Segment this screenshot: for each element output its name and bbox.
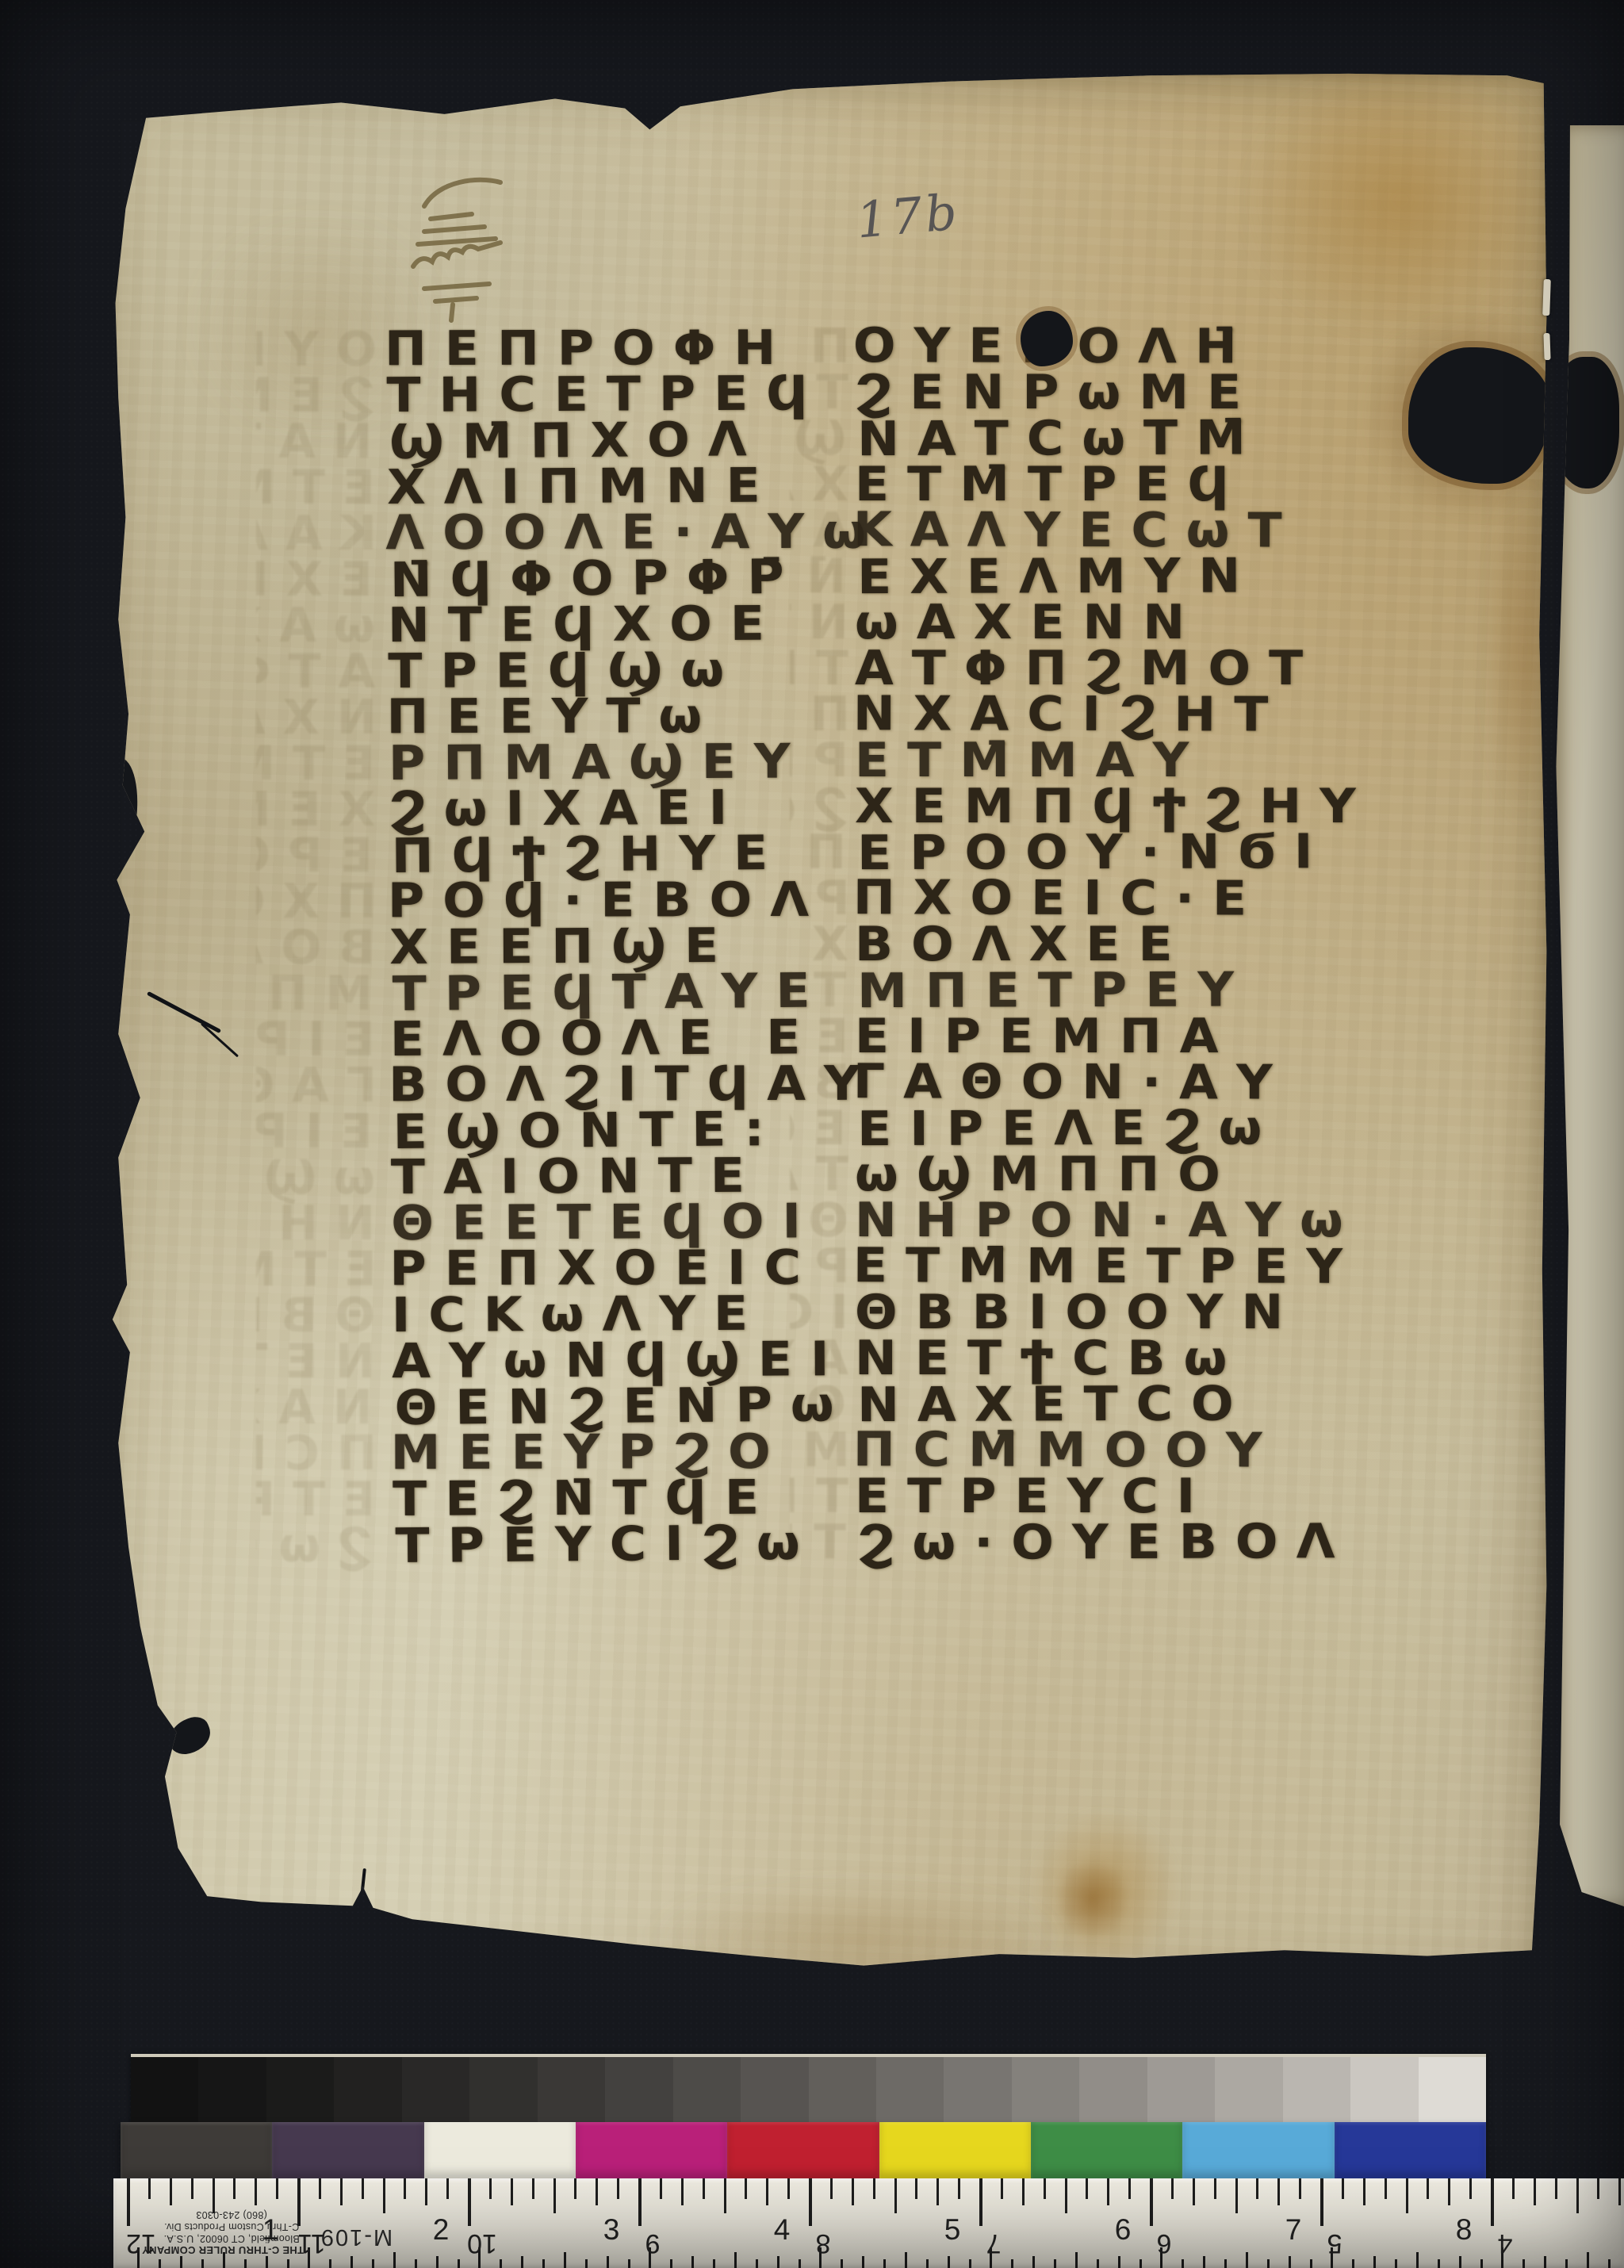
ruler-tick xyxy=(1214,2178,1216,2199)
text-line: Ν̄ϤΦΟΡΦΡ̄ xyxy=(390,554,889,603)
ruler-brand-line: (860) 243-0303 xyxy=(159,2209,304,2220)
text-line: ΛΟΟΛΕ·ΑΥω xyxy=(385,509,884,557)
ghost-line: ΠCΜ̄ΜΟΟΥ xyxy=(258,1431,375,1477)
ruler-tick xyxy=(266,2256,268,2268)
ruler-inch-number: 3 xyxy=(603,2213,620,2247)
ghost-line: ΟΥΕΒΟΛΗ̄ xyxy=(258,327,375,373)
ghost-line: ΒΟΛΧΕΕ xyxy=(256,925,375,971)
ruler-tick xyxy=(1587,2252,1589,2268)
text-line: ΝΕΤϮCΒω xyxy=(855,1335,1374,1381)
ruler-tick xyxy=(617,2178,619,2199)
ruler-tick xyxy=(1107,2178,1109,2205)
ruler-tick xyxy=(1373,2256,1376,2268)
ruler-tick xyxy=(1459,2256,1461,2268)
ruler-inch-number-inverted: 12 xyxy=(126,2228,156,2258)
ruler-inch-number-inverted: 10 xyxy=(467,2228,497,2258)
tear-crack xyxy=(147,991,221,1033)
text-line: ΠΕΠΡΟΦΗ xyxy=(385,325,883,373)
ruler-tick xyxy=(1182,2259,1184,2268)
facing-leaf-edge xyxy=(1551,125,1624,1906)
ruler-tick xyxy=(564,2252,566,2268)
ruler-tick xyxy=(958,2178,960,2199)
ruler-tick xyxy=(425,2178,427,2205)
text-line: ΑΤΦΠϨΜΟΤ xyxy=(855,646,1374,692)
ruler-tick xyxy=(1193,2178,1195,2205)
ruler-tick xyxy=(703,2178,705,2199)
ruler-tick xyxy=(340,2178,343,2205)
ghost-line: ΚΑΛΥΕCωΤ xyxy=(258,511,375,557)
stain xyxy=(649,1882,1061,1993)
ruler-tick xyxy=(297,2178,301,2226)
text-line: ΝΗΡΟΝ·ΑΥω xyxy=(855,1197,1374,1243)
text-line: ΠΧΟΕΙC·Ε xyxy=(853,875,1373,922)
color-patch-cyan xyxy=(1182,2122,1334,2178)
ruler-tick xyxy=(1395,2259,1397,2268)
ruler-tick xyxy=(936,2178,939,2205)
grayscale-calibration-bar xyxy=(131,2054,1486,2125)
ruler-tick xyxy=(1075,2252,1078,2268)
ruler-tick xyxy=(255,2178,257,2205)
ruler-tick xyxy=(1608,2259,1611,2268)
ghost-line: ΕΙΡΕΜΠΑ xyxy=(256,1017,375,1063)
grayscale-step xyxy=(1147,2057,1215,2125)
ruler-tick xyxy=(1097,2259,1099,2268)
ruler-tick xyxy=(1555,2178,1557,2199)
text-line: ϨΕΝΡωΜΕ xyxy=(855,370,1374,416)
text-column-left: ΠΕΠΡΟΦΗΤΗCΕΤΡΕϤϢΜ̄ΠΧΟΛΧΛΙΠΜΝΕΛΟΟΛΕ·ΑΥωΝ̄… xyxy=(386,324,891,1569)
ruler-tick xyxy=(628,2259,630,2268)
grayscale-step xyxy=(1350,2057,1418,2125)
ruler-tick xyxy=(1011,2259,1013,2268)
ghost-line: ωϢΜΠΠΟ xyxy=(256,1155,375,1201)
text-line: ΕΙΡΕΛΕϨω xyxy=(857,1105,1377,1152)
large-hole xyxy=(1408,347,1551,484)
ruler-tick xyxy=(1203,2256,1205,2268)
ruler-inch-number-inverted: 8 xyxy=(816,2228,831,2258)
ruler-tick xyxy=(1150,2178,1153,2226)
grayscale-step xyxy=(1215,2057,1282,2125)
ruler-tick xyxy=(1032,2256,1035,2268)
verso-show-through: ΟΥΕΒΟΛΗ̄ϨΕΝΡωΜΕΝΑΤCωΤΜ̄ΕΤΜ̄ΤΡΕϤΚΑΛΥΕCωΤΕ… xyxy=(256,327,375,1572)
ruler-inch-number-inverted: 11 xyxy=(297,2228,325,2258)
ruler: THE C-THRU RULER COMPANYBloomfield, CT 0… xyxy=(113,2178,1624,2268)
ruler-tick xyxy=(1416,2252,1419,2268)
ruler-tick xyxy=(766,2178,768,2205)
ruler-tick xyxy=(915,2178,917,2199)
ghost-line: ΝΑΧΕΤCΟ xyxy=(256,1385,373,1431)
ruler-tick xyxy=(1277,2178,1280,2205)
ruler-tick xyxy=(511,2178,513,2205)
ruler-inch-number: 4 xyxy=(774,2213,791,2247)
ruler-tick xyxy=(830,2178,833,2199)
ruler-tick xyxy=(1235,2178,1238,2213)
text-line: ΕΤΡΕΥCΙ xyxy=(855,1473,1374,1519)
ruler-tick xyxy=(691,2256,694,2268)
ruler-tick xyxy=(1522,2259,1525,2268)
ghost-line: ΑΤΦΠϨΜΟΤ xyxy=(256,649,375,695)
ruler-tick xyxy=(1597,2178,1599,2199)
ghost-line: ΝΧΑCΙϨΗΤ xyxy=(258,695,375,741)
ruler-tick xyxy=(724,2178,726,2213)
ghost-line: ΜΠΕΤΡΕΥ xyxy=(256,971,373,1017)
text-line: ΡΕΠΧΟΕΙC xyxy=(389,1245,888,1293)
color-patch-red xyxy=(727,2122,879,2178)
ghost-line: ΠΧΟΕΙC·Ε xyxy=(258,879,375,925)
text-line: ΘΒΒΙΟΟΥΝ xyxy=(855,1289,1374,1335)
ruler-tick xyxy=(1320,2178,1323,2226)
text-line: ΜΕΕΥΡϨΟ xyxy=(391,1429,890,1477)
ruler-inch-number-inverted: 9 xyxy=(645,2228,661,2258)
ruler-tick xyxy=(244,2259,247,2268)
text-line: ΕΤΜ̄ΤΡΕϤ xyxy=(855,462,1374,508)
grayscale-step xyxy=(1012,2057,1079,2125)
ruler-tick xyxy=(223,2252,225,2268)
folio-number-annotation: 17b xyxy=(854,182,962,249)
grayscale-step xyxy=(402,2057,469,2125)
ruler-tick xyxy=(500,2259,502,2268)
ruler-tick xyxy=(201,2259,204,2268)
ghost-line: ϨΕΝΡωΜΕ xyxy=(256,373,375,419)
ruler-tick xyxy=(404,2178,406,2199)
ruler-brand-line: Bloomfield, CT 06002, U.S.A. xyxy=(159,2232,304,2244)
text-line: ΠΕΕΥΤω xyxy=(387,693,886,741)
ghost-line: ΧΕΜΠϤϮϨΗΥ xyxy=(256,787,375,833)
text-line: ΝΑΧΕΤCΟ xyxy=(857,1381,1377,1428)
grayscale-step xyxy=(1419,2057,1486,2125)
ruler-tick xyxy=(777,2256,779,2268)
ruler-tick xyxy=(894,2178,897,2213)
edge-tear xyxy=(78,753,146,883)
ruler-tick xyxy=(1246,2252,1248,2268)
grayscale-step xyxy=(605,2057,672,2125)
ruler-tick xyxy=(191,2178,193,2199)
ruler-tick xyxy=(1310,2259,1312,2268)
ruler-tick xyxy=(1224,2259,1227,2268)
ruler-tick xyxy=(969,2259,971,2268)
ruler-tick xyxy=(926,2259,929,2268)
ruler-tick xyxy=(468,2178,471,2226)
ruler-tick xyxy=(415,2259,417,2268)
grayscale-step xyxy=(538,2057,605,2125)
ruler-tick xyxy=(1544,2256,1546,2268)
ruler-inch-number: 2 xyxy=(433,2213,450,2247)
grayscale-step xyxy=(334,2057,401,2125)
text-line: ΝΧΑCΙϨΗΤ xyxy=(853,691,1373,738)
ruler-inch-number: 6 xyxy=(1115,2213,1132,2247)
ruler-tick xyxy=(883,2259,886,2268)
text-line: ΕΡΟΟΥ·ΝϬΙ xyxy=(857,829,1377,876)
ruler-inch-number: 7 xyxy=(1285,2213,1302,2247)
text-line: ΧΕΜΠϤϮϨΗΥ xyxy=(855,783,1374,829)
text-line: ωϢΜΠΠΟ xyxy=(855,1151,1374,1197)
large-hole xyxy=(1549,357,1619,488)
ruler-tick xyxy=(596,2178,598,2205)
ruler-tick xyxy=(458,2259,460,2268)
color-patch-magenta xyxy=(576,2122,727,2178)
ruler-tick xyxy=(521,2256,523,2268)
ruler-tick xyxy=(233,2178,236,2199)
ruler-inch-number: 1 xyxy=(262,2213,279,2247)
tear-crack xyxy=(201,1023,239,1058)
ruler-brand-line: THE C-THRU RULER COMPANY xyxy=(159,2244,304,2256)
grayscale-step xyxy=(1283,2057,1350,2125)
ruler-inch-number: 5 xyxy=(944,2213,961,2247)
ruler-tick xyxy=(276,2178,278,2199)
ruler-tick xyxy=(1342,2178,1344,2199)
ruler-tick xyxy=(1406,2178,1408,2213)
ruler-tick xyxy=(787,2178,790,2199)
ghost-line: ΕΙΡΕΛΕϨω xyxy=(256,1109,373,1155)
color-patch-green xyxy=(1031,2122,1182,2178)
ruler-tick xyxy=(127,2178,130,2226)
ruler-inch-number-inverted: 4 xyxy=(1498,2228,1513,2258)
color-patch-purple xyxy=(272,2122,423,2178)
text-line: ΒΟΛΧΕΕ xyxy=(855,921,1374,967)
ruler-tick xyxy=(393,2252,396,2268)
ruler-inch-number-inverted: 7 xyxy=(986,2228,1002,2258)
ghost-line: ΕΤΜ̄ΜΕΤΡΕΥ xyxy=(258,1247,375,1293)
ruler-tick xyxy=(799,2259,801,2268)
tear-crack xyxy=(360,1868,366,1897)
grayscale-step xyxy=(131,2057,198,2125)
ruler-tick xyxy=(1299,2178,1301,2199)
ruler-tick xyxy=(436,2256,439,2268)
ghost-line: ωΑΧΕΝΝ xyxy=(256,603,375,649)
color-patch-white xyxy=(424,2122,576,2178)
ruler-tick xyxy=(1267,2259,1270,2268)
ruler-tick xyxy=(1128,2178,1131,2199)
ruler-tick xyxy=(489,2178,492,2199)
ruler-tick xyxy=(1385,2178,1387,2199)
text-line: ΡΟϤ·ΕΒΟΛ xyxy=(388,877,887,925)
ruler-tick xyxy=(532,2178,534,2199)
ruler-tick xyxy=(905,2252,907,2268)
ruler-tick xyxy=(1171,2178,1174,2199)
text-line: ΕΤΜ̄ΜΑΥ xyxy=(855,737,1374,783)
color-calibration-bar xyxy=(121,2122,1486,2178)
grayscale-step xyxy=(469,2057,537,2125)
ruler-tick xyxy=(745,2178,747,2199)
ruler-tick xyxy=(1480,2259,1483,2268)
ruler-tick xyxy=(1618,2178,1621,2205)
ruler-inch-number-inverted: 5 xyxy=(1327,2228,1342,2258)
ruler-tick xyxy=(670,2259,672,2268)
ruler-tick xyxy=(170,2178,172,2205)
ruler-tick xyxy=(542,2259,545,2268)
ruler-tick xyxy=(287,2259,289,2268)
ghost-line: ΝΗΡΟΝ·ΑΥω xyxy=(256,1201,375,1247)
text-line: ΝΑΤCωΤΜ̄ xyxy=(857,415,1377,462)
ruler-tick xyxy=(362,2178,364,2199)
ruler-tick xyxy=(1565,2259,1568,2268)
ruler-tick xyxy=(350,2256,353,2268)
ruler-inch-number: 8 xyxy=(1456,2213,1473,2247)
ruler-tick xyxy=(383,2178,385,2213)
ruler-tick xyxy=(159,2259,161,2268)
ruler-brand-line: C-Thru Custom Products Div. xyxy=(159,2220,304,2232)
ruler-tick xyxy=(1044,2178,1046,2199)
ruler-tick xyxy=(574,2178,576,2199)
ruler-tick xyxy=(660,2178,662,2199)
ruler-tick xyxy=(1289,2256,1291,2268)
ruler-tick xyxy=(1022,2178,1025,2205)
ruler-tick xyxy=(1427,2178,1429,2199)
grayscale-step xyxy=(876,2057,944,2125)
text-line: ΕΧΕΛΜΥΝ xyxy=(857,553,1377,600)
text-line: ΓΑΘΟΝ·ΑΥ xyxy=(853,1059,1373,1106)
ruler-tick xyxy=(809,2178,812,2226)
color-patch-charcoal xyxy=(121,2122,272,2178)
ruler-tick xyxy=(1001,2178,1003,2199)
ruler-tick xyxy=(1256,2178,1258,2199)
text-line: ΤΗCΕΤΡΕϤ xyxy=(386,370,885,419)
ghost-line: ΕΡΟΟΥ·ΝϬΙ xyxy=(256,833,373,879)
ruler-tick xyxy=(553,2178,556,2213)
ruler-tick xyxy=(180,2256,182,2268)
ruler-tick xyxy=(713,2259,715,2268)
ruler-tick xyxy=(1534,2178,1536,2205)
grayscale-step xyxy=(198,2057,266,2125)
text-line: ΕϢΟΝΤΕ: xyxy=(393,1105,891,1155)
text-line: Ϩω·ΟΥΕΒΟΛ xyxy=(857,1519,1377,1566)
text-line: ϢΜ̄ΠΧΟΛ xyxy=(389,416,888,465)
edge-tear xyxy=(163,1712,216,1759)
ghost-line: ΕΤΜ̄ΜΑΥ xyxy=(256,741,375,787)
ruler-tick xyxy=(213,2178,215,2213)
ruler-tick xyxy=(852,2178,854,2205)
ruler-tick xyxy=(446,2178,449,2199)
ruler-tick xyxy=(638,2178,642,2226)
text-line: ΤΡΕϤΤΑΥΕ xyxy=(393,967,891,1017)
ghost-line: ΕΤΜ̄ΤΡΕϤ xyxy=(256,465,375,511)
text-line: ΜΠΕΤΡΕΥ xyxy=(857,967,1377,1014)
stain xyxy=(1485,482,1561,823)
ruler-tick xyxy=(681,2178,684,2205)
ruler-tick xyxy=(148,2178,151,2199)
text-line: ΕΙΡΕΜΠΑ xyxy=(855,1013,1374,1059)
ruler-tick xyxy=(607,2256,609,2268)
stain xyxy=(1243,62,1561,339)
binding-stitch xyxy=(1542,279,1551,316)
ruler-tick xyxy=(1512,2178,1515,2199)
ruler-tick xyxy=(948,2256,950,2268)
text-line: ϨωΙΧΑΕΙ xyxy=(389,784,887,833)
ruler-tick xyxy=(862,2256,864,2268)
text-column-right: ΟΥΕΒΟΛΗ̄ϨΕΝΡωΜΕΝΑΤCωΤΜ̄ΕΤΜ̄ΤΡΕϤΚΑΛΥΕCωΤΕ… xyxy=(855,324,1374,1565)
ruler-tick xyxy=(1363,2178,1365,2205)
text-line: ΒΟΛϨΙΤϤΑΥ xyxy=(389,1061,887,1109)
ruler-tick xyxy=(329,2259,331,2268)
stain xyxy=(1055,1858,1130,1941)
ruler-tick xyxy=(1576,2178,1579,2213)
ruler-tick xyxy=(1139,2259,1142,2268)
ghost-line: ΘΒΒΙΟΟΥΝ xyxy=(256,1293,375,1339)
ruler-tick xyxy=(585,2259,588,2268)
ruler-tick xyxy=(1086,2178,1088,2199)
text-line: ΟΥΕΒΟΛΗ̄ xyxy=(853,323,1373,370)
ghost-line: ΝΑΤCωΤΜ̄ xyxy=(256,419,373,465)
text-line: ΤΡΕϤϢω xyxy=(388,646,887,695)
photograph-of-coptic-manuscript: { "photo": { "folio_annotation": "17b", … xyxy=(0,0,1624,2268)
ruler-tick xyxy=(1469,2178,1472,2199)
ghost-line: Ϩω·ΟΥΕΒΟΛ xyxy=(256,1523,373,1569)
grayscale-step xyxy=(741,2057,808,2125)
binding-stitch xyxy=(1543,333,1550,360)
ruler-tick xyxy=(1491,2178,1494,2226)
text-line: ΠCΜ̄ΜΟΟΥ xyxy=(853,1427,1373,1474)
text-line: ΕΤΜ̄ΜΕΤΡΕΥ xyxy=(853,1243,1373,1290)
text-line: ΤΡΕΥCΙϨω xyxy=(395,1519,894,1569)
grayscale-step xyxy=(1079,2057,1147,2125)
grayscale-step xyxy=(266,2057,334,2125)
ruler-tick xyxy=(319,2178,321,2199)
ruler-tick xyxy=(1065,2178,1067,2213)
ruler-tick xyxy=(1054,2259,1056,2268)
ghost-line: ΕΧΕΛΜΥΝ xyxy=(256,557,373,603)
ruler-brand-text: THE C-THRU RULER COMPANYBloomfield, CT 0… xyxy=(159,2209,304,2256)
grayscale-step xyxy=(944,2057,1011,2125)
color-patch-yellow xyxy=(879,2122,1031,2178)
color-patch-blue xyxy=(1335,2122,1486,2178)
ruler-tick xyxy=(734,2252,737,2268)
stain xyxy=(1029,1810,1180,1969)
ruler-tick xyxy=(1118,2256,1120,2268)
text-line: ΘΕΕΤΕϤΟΙ xyxy=(391,1198,890,1247)
ruler-tick xyxy=(979,2178,982,2226)
ruler-tick xyxy=(1448,2178,1450,2205)
text-line: ωΑΧΕΝΝ xyxy=(855,600,1374,646)
ghost-line: ΝΕΤϮCΒω xyxy=(256,1339,375,1385)
manuscript-page: ΟΥΕΒΟΛΗ̄ϨΕΝΡωΜΕΝΑΤCωΤΜ̄ΕΤΜ̄ΤΡΕϤΚΑΛΥΕCωΤΕ… xyxy=(94,70,1549,1998)
text-line: ΚΑΛΥΕCωΤ xyxy=(853,507,1373,554)
ruler-inch-number-inverted: 6 xyxy=(1157,2228,1172,2258)
ruler-tick xyxy=(873,2178,875,2199)
ghost-line: ΓΑΘΟΝ·ΑΥ xyxy=(258,1063,375,1109)
quire-mark-ornament xyxy=(407,173,534,324)
ruler-tick xyxy=(372,2259,374,2268)
grayscale-step xyxy=(673,2057,741,2125)
ruler-tick xyxy=(1438,2259,1440,2268)
ruler-tick xyxy=(756,2259,758,2268)
ruler-tick xyxy=(841,2259,843,2268)
ruler-tick xyxy=(1352,2259,1354,2268)
grayscale-step xyxy=(809,2057,876,2125)
ghost-line: ΕΤΡΕΥCΙ xyxy=(256,1477,375,1523)
text-line: ΡΠΜΑϢΕΥ xyxy=(389,738,887,787)
